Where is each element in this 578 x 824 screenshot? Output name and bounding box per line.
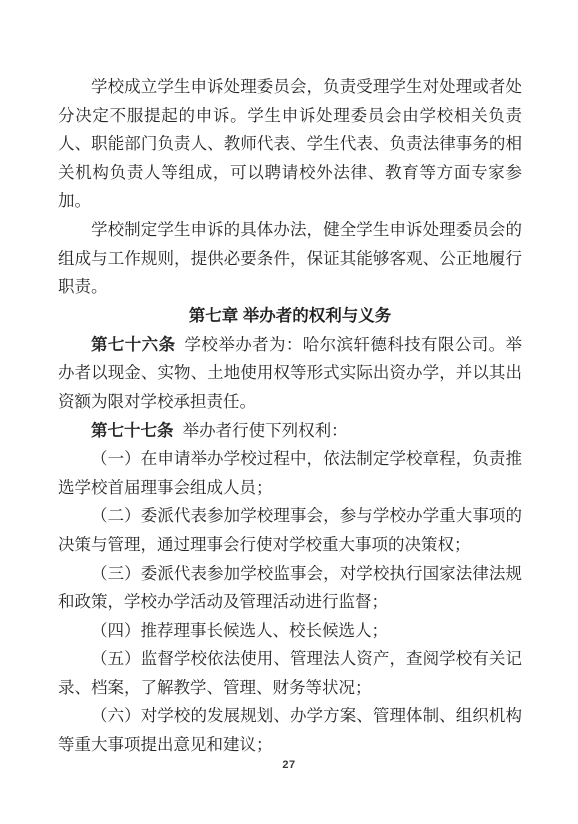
right-item-6: （六）对学校的发展规划、办学方案、管理体制、组织机构等重大事项提出意见和建议； <box>58 702 522 759</box>
paragraph-appeal-committee: 学校成立学生申诉处理委员会，负责受理学生对处理或者处分决定不服提起的申诉。学生申… <box>58 73 522 216</box>
right-item-3: （三）委派代表参加学校监事会，对学校执行国家法律法规和政策，学校办学活动及管理活… <box>58 560 522 617</box>
right-item-4: （四）推荐理事长候选人、校长候选人； <box>58 617 522 646</box>
right-item-1: （一）在申请举办学校过程中，依法制定学校章程，负责推选学校首届理事会组成人员； <box>58 445 522 502</box>
article-76-paragraph: 第七十六条学校举办者为：哈尔滨轩德科技有限公司。举办者以现金、实物、土地使用权等… <box>58 331 522 417</box>
page-number: 27 <box>0 759 578 771</box>
article-77-paragraph: 第七十七条举办者行使下列权利： <box>58 417 522 446</box>
page-content: 学校成立学生申诉处理委员会，负责受理学生对处理或者处分决定不服提起的申诉。学生申… <box>58 73 522 760</box>
article-77-text: 举办者行使下列权利： <box>183 421 348 440</box>
article-77-number: 第七十七条 <box>91 421 174 440</box>
right-item-2: （二）委派代表参加学校理事会，参与学校办学重大事项的决策与管理，通过理事会行使对… <box>58 502 522 559</box>
paragraph-appeal-rules: 学校制定学生申诉的具体办法，健全学生申诉处理委员会的组成与工作规则，提供必要条件… <box>58 216 522 302</box>
article-76-number: 第七十六条 <box>91 335 175 354</box>
chapter-heading: 第七章 举办者的权利与义务 <box>58 302 522 331</box>
document-page: 学校成立学生申诉处理委员会，负责受理学生对处理或者处分决定不服提起的申诉。学生申… <box>0 0 578 824</box>
right-item-5: （五）监督学校依法使用、管理法人资产，查阅学校有关记录、档案，了解教学、管理、财… <box>58 645 522 702</box>
